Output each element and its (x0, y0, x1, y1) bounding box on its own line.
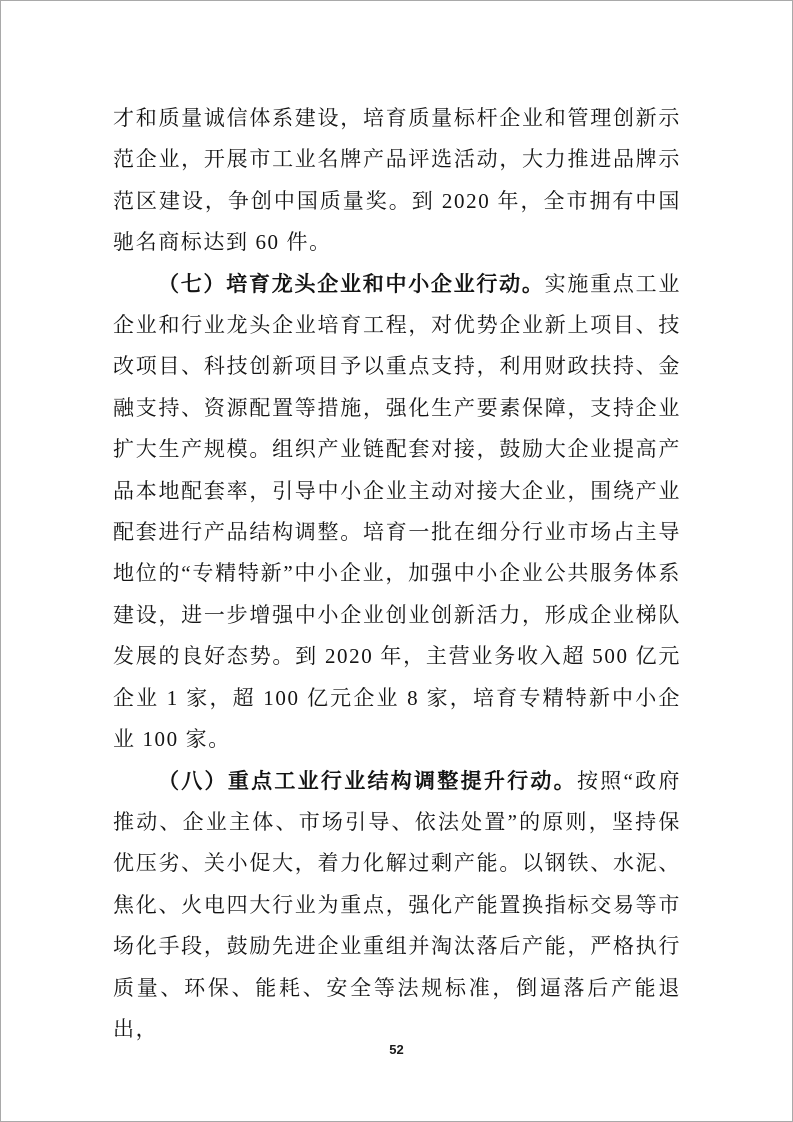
document-body: 才和质量诚信体系建设，培育质量标杆企业和管理创新示范企业，开展市工业名牌产品评选… (113, 98, 681, 1050)
paragraph-lead: （七）培育龙头企业和中小企业行动。 (158, 273, 545, 296)
paragraph-text: 才和质量诚信体系建设，培育质量标杆企业和管理创新示范企业，开展市工业名牌产品评选… (113, 106, 681, 254)
paragraph-text: 按照“政府推动、企业主体、市场引导、依法处置”的原则，坚持保优压劣、关小促大，着… (113, 769, 681, 1041)
page-footer: 52 (1, 1041, 792, 1059)
paragraph: 才和质量诚信体系建设，培育质量标杆企业和管理创新示范企业，开展市工业名牌产品评选… (113, 98, 681, 264)
paragraph-lead: （八）重点工业行业结构调整提升行动。 (158, 770, 577, 793)
document-page: 才和质量诚信体系建设，培育质量标杆企业和管理创新示范企业，开展市工业名牌产品评选… (0, 0, 793, 1122)
page-number: 52 (389, 1042, 403, 1057)
paragraph: （八）重点工业行业结构调整提升行动。按照“政府推动、企业主体、市场引导、依法处置… (113, 761, 681, 1051)
paragraph: （七）培育龙头企业和中小企业行动。实施重点工业企业和行业龙头企业培育工程，对优势… (113, 264, 681, 761)
paragraph-text: 实施重点工业企业和行业龙头企业培育工程，对优势企业新上项目、技改项目、科技创新项… (113, 272, 681, 751)
